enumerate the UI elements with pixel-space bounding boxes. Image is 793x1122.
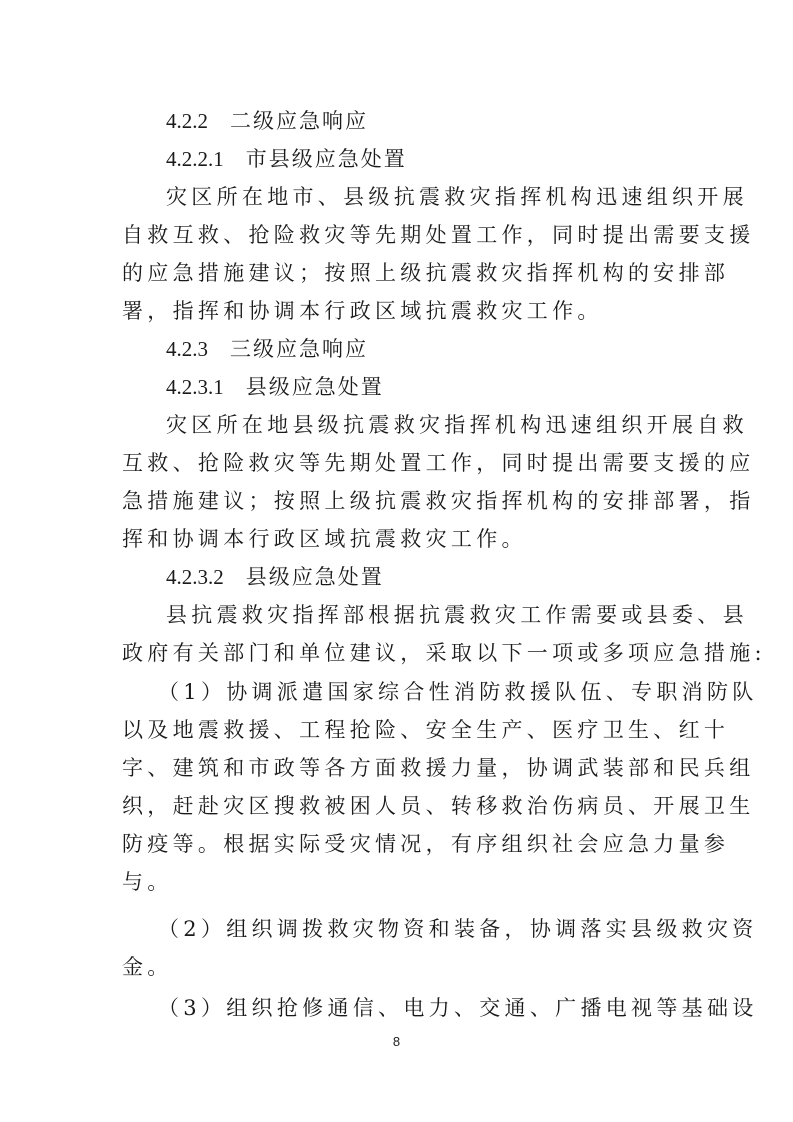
list-item-1-line: 以及地震救援、工程抢险、安全生产、医疗卫生、红十 (122, 717, 662, 743)
section-heading-4-2-3-2: 4.2.3.2县级应急处置 (166, 564, 706, 590)
paragraph-line: 急措施建议；按照上级抗震救灾指挥机构的安排部署，指 (122, 488, 662, 514)
document-page: 4.2.2二级应急响应 4.2.2.1市县级应急处置 灾区所在地市、县级抗震救灾… (0, 0, 793, 1122)
section-number: 4.2.2 (166, 108, 208, 134)
section-number: 4.2.3.1 (166, 374, 224, 400)
list-item-1-line: 防疫等。根据实际受灾情况，有序组织社会应急力量参 (122, 831, 662, 857)
list-item-1-line: 字、建筑和市政等各方面救援力量，协调武装部和民兵组 (122, 755, 662, 781)
paragraph-line: 互救、抢险救灾等先期处置工作，同时提出需要支援的应 (122, 450, 662, 476)
paragraph-line: 挥和协调本行政区域抗震救灾工作。 (122, 526, 662, 552)
section-heading-4-2-2: 4.2.2二级应急响应 (166, 108, 706, 134)
section-title: 县级应急处置 (246, 375, 384, 399)
list-item-2-line: 金。 (122, 954, 662, 980)
section-number: 4.2.3.2 (166, 564, 224, 590)
paragraph-line: 灾区所在地市、县级抗震救灾指挥机构迅速组织开展 (166, 184, 706, 210)
section-title: 市县级应急处置 (246, 147, 407, 171)
paragraph-line: 政府有关部门和单位建议，采取以下一项或多项应急措施: (122, 640, 662, 666)
paragraph-line: 自救互救、抢险救灾等先期处置工作，同时提出需要支援 (122, 222, 662, 248)
page-number: 8 (0, 1034, 793, 1049)
section-heading-4-2-3: 4.2.3三级应急响应 (166, 336, 706, 362)
section-heading-4-2-3-1: 4.2.3.1县级应急处置 (166, 374, 706, 400)
section-number: 4.2.3 (166, 336, 208, 362)
list-item-2-line: （2）组织调拨救灾物资和装备，协调落实县级救灾资 (158, 916, 698, 942)
list-item-3-line: （3）组织抢修通信、电力、交通、广播电视等基础设 (158, 995, 698, 1021)
paragraph-line: 署，指挥和协调本行政区域抗震救灾工作。 (122, 298, 662, 324)
section-heading-4-2-2-1: 4.2.2.1市县级应急处置 (166, 146, 706, 172)
paragraph-line: 灾区所在地县级抗震救灾指挥机构迅速组织开展自救 (166, 412, 706, 438)
paragraph-line: 的应急措施建议；按照上级抗震救灾指挥机构的安排部 (122, 260, 662, 286)
section-number: 4.2.2.1 (166, 146, 224, 172)
list-item-1-line: 织，赶赴灾区搜救被困人员、转移救治伤病员、开展卫生 (122, 793, 662, 819)
section-title: 三级应急响应 (230, 337, 368, 361)
section-title: 二级应急响应 (230, 109, 368, 133)
paragraph-line: 县抗震救灾指挥部根据抗震救灾工作需要或县委、县 (166, 602, 706, 628)
list-item-1-line: （1）协调派遣国家综合性消防救援队伍、专职消防队 (158, 679, 698, 705)
list-item-1-line: 与。 (122, 869, 662, 895)
section-title: 县级应急处置 (246, 565, 384, 589)
